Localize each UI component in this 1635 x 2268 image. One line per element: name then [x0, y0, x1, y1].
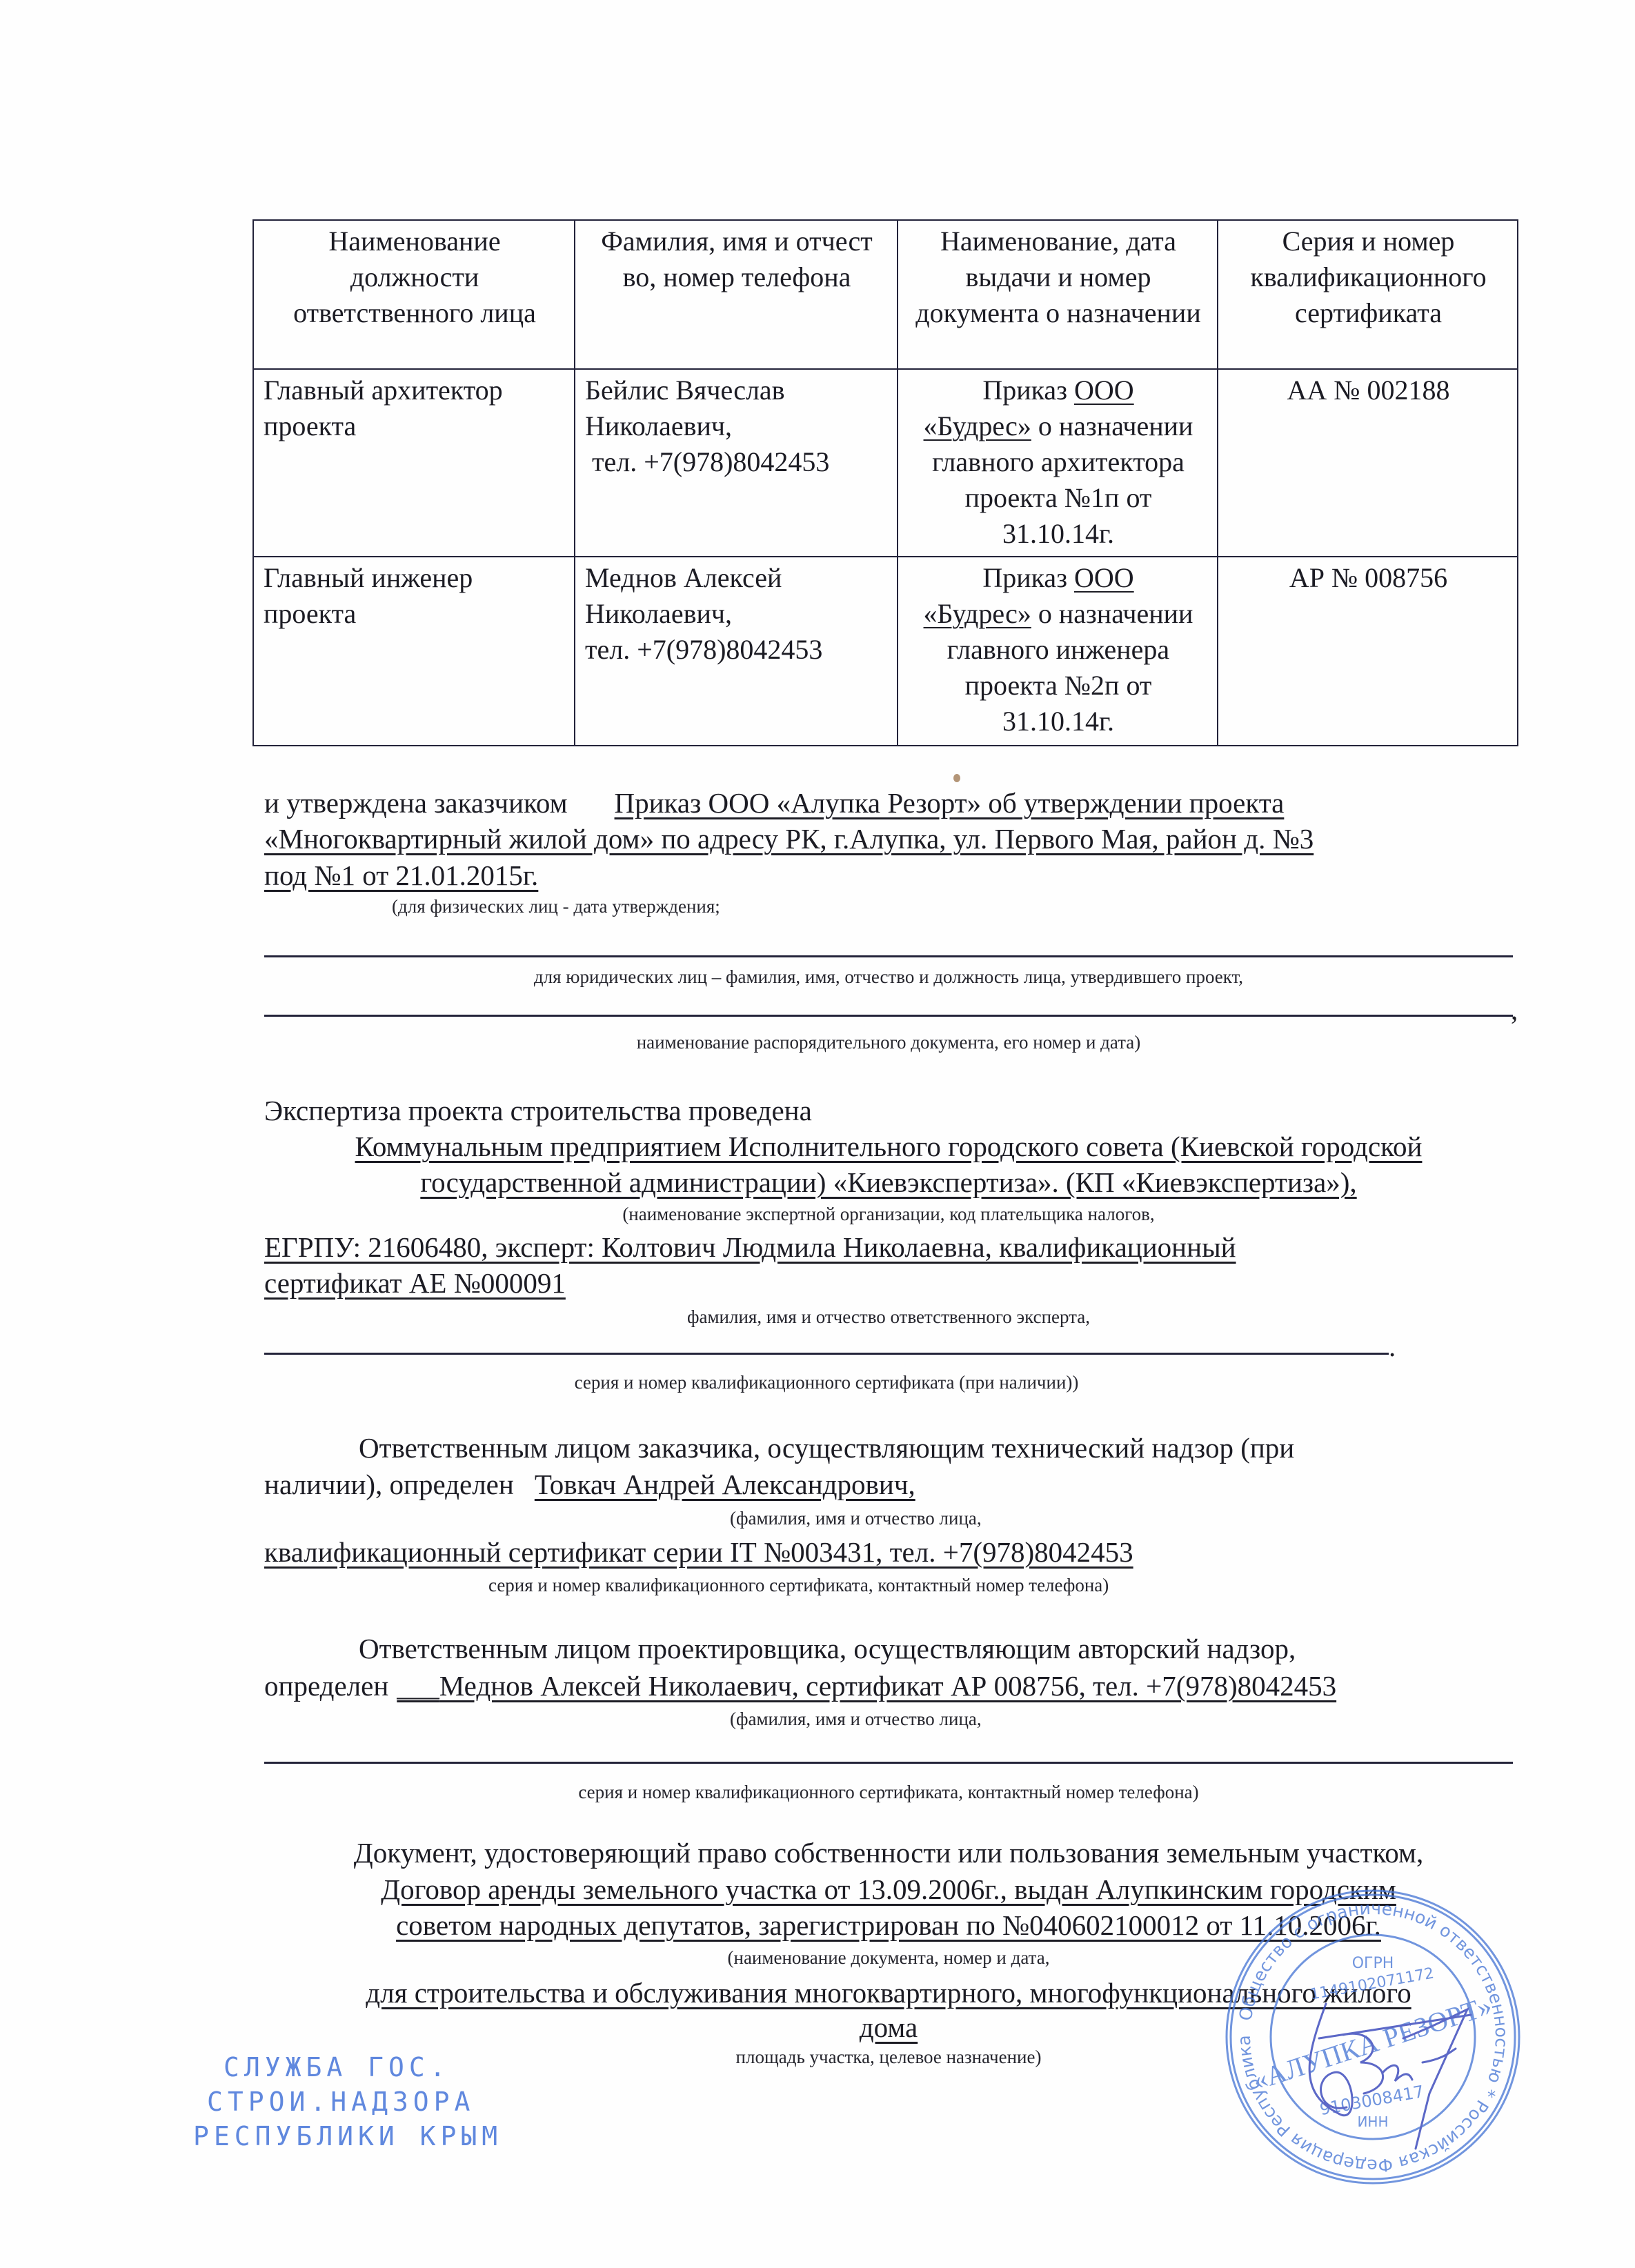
cell-certificate: АР № 008756 [1218, 557, 1518, 746]
cell-position: Главный инженер проекта [253, 557, 575, 746]
table-header-row: Наименование должности ответственного ли… [253, 220, 1518, 369]
cell-position: Главный архитектор проекта [253, 369, 575, 557]
approval-value: Приказ ООО «Алупка Резорт» об утверждени… [615, 787, 1285, 819]
seal-ogrn-label: ОГРН [1352, 1955, 1394, 1972]
blank-line [264, 955, 1513, 957]
approval-caption-document: наименование распорядительного документа… [264, 1031, 1513, 1053]
land-line-1: Документ, удостоверяющий право собственн… [264, 1835, 1513, 1871]
table-row: Главный инженер проекта Меднов Алексей Н… [253, 557, 1518, 746]
period: . [1389, 1329, 1396, 1364]
cell-certificate: АА № 002188 [1218, 369, 1518, 557]
cell-name-phone: Бейлис Вячеслав Николаевич, тел. +7(978)… [575, 369, 898, 557]
expertise-caption-org: (наименование экспертной организации, ко… [264, 1203, 1513, 1225]
author-supervision-prefix: определен [264, 1670, 388, 1702]
doc-prefix: Приказ [982, 375, 1074, 406]
company-seal: Общество с ограниченной ответственностью… [1222, 1887, 1523, 2187]
person-name: Бейлис Вячеслав Николаевич, [585, 372, 889, 444]
customer-supervision-caption-name: (фамилия, имя и отчество лица, [730, 1507, 982, 1529]
document-page: Наименование должности ответственного ли… [0, 0, 1635, 2268]
expertise-label: Экспертиза проекта строительства проведе… [264, 1093, 812, 1128]
expertise-org-text: государственной администрации) «Киевэксп… [420, 1166, 1356, 1198]
header-name-phone: Фамилия, имя и отчест во, номер телефона [575, 220, 898, 369]
person-phone: тел. +7(978)8042453 [585, 444, 889, 480]
cell-appointment-document: Приказ ООО«Будрес» о назначении главного… [898, 557, 1218, 746]
person-phone: тел. +7(978)8042453 [585, 632, 889, 668]
author-supervision-caption-name: (фамилия, имя и отчество лица, [730, 1708, 982, 1730]
header-certificate: Серия и номер квалификационного сертифик… [1218, 220, 1518, 369]
person-name: Меднов Алексей Николаевич, [585, 560, 889, 632]
blank-line [264, 1762, 1513, 1764]
author-supervision-person: Меднов Алексей Николаевич, сертификат АР… [439, 1670, 1336, 1702]
doc-prefix: Приказ [982, 562, 1074, 593]
cell-appointment-document: Приказ ООО«Будрес» о назначении главного… [898, 369, 1218, 557]
header-appointment-document: Наименование, дата выдачи и номер докуме… [898, 220, 1218, 369]
approval-label: и утверждена заказчиком [264, 787, 568, 819]
doc-org-name: «Будрес» [924, 410, 1031, 441]
author-supervision-line-1: Ответственным лицом проектировщика, осущ… [359, 1631, 1296, 1667]
customer-supervision-line-2: наличии), определенТовкач Андрей Алексан… [264, 1466, 915, 1502]
approval-line-2: «Многоквартирный жилой дом» по адресу РК… [264, 821, 1314, 857]
stamp-line: РЕСПУБЛИКИ КРЫМ [193, 2119, 442, 2153]
approval-line-3: под №1 от 21.01.2015г. [264, 857, 538, 893]
author-supervision-line-2: определен___Меднов Алексей Николаевич, с… [264, 1668, 1336, 1704]
seal-inn-label: ИНН [1357, 2113, 1388, 2130]
expertise-org-text: Коммунальным предприятием Исполнительног… [355, 1131, 1423, 1162]
expertise-expert-line-1: ЕГРПУ: 21606480, эксперт: Колтович Людми… [264, 1229, 1236, 1265]
customer-supervision-prefix: наличии), определен [264, 1469, 514, 1500]
expertise-org-line-2: государственной администрации) «Киевэксп… [264, 1164, 1513, 1200]
responsible-persons-table: Наименование должности ответственного ли… [252, 219, 1518, 746]
approval-line-1: и утверждена заказчикомПриказ ООО «Алупк… [264, 785, 1284, 821]
paper-speck [953, 774, 960, 782]
blank-line [264, 1015, 1513, 1017]
expertise-caption-expert: фамилия, имя и отчество ответственного э… [264, 1306, 1513, 1328]
table-row: Главный архитектор проекта Бейлис Вячесл… [253, 369, 1518, 557]
land-purpose-text: дома [860, 2011, 918, 2043]
expertise-expert-line-2: сертификат АЕ №000091 [264, 1265, 566, 1301]
inspection-stamp: СЛУЖБА ГОС. СТРОИ.НАДЗОРА РЕСПУБЛИКИ КРЫ… [193, 2050, 442, 2153]
doc-org-form: ООО [1074, 375, 1134, 406]
customer-supervision-certificate: квалификационный сертификат серии IТ №00… [264, 1534, 1133, 1570]
author-supervision-filler: ___ [397, 1670, 439, 1702]
approval-caption-legal: для юридических лиц – фамилия, имя, отче… [264, 966, 1513, 988]
stamp-line: СЛУЖБА ГОС. [193, 2050, 442, 2085]
stamp-line: СТРОИ.НАДЗОРА [193, 2085, 442, 2119]
doc-org-form: ООО [1074, 562, 1134, 593]
header-position: Наименование должности ответственного ли… [253, 220, 575, 369]
cell-name-phone: Меднов Алексей Николаевич, тел. +7(978)8… [575, 557, 898, 746]
expertise-org-line-1: Коммунальным предприятием Исполнительног… [264, 1128, 1513, 1164]
approval-caption-individuals: (для физических лиц - дата утверждения; [392, 895, 720, 917]
comma: , [1511, 992, 1518, 1028]
customer-supervision-line-1: Ответственным лицом заказчика, осуществл… [359, 1430, 1294, 1466]
customer-supervision-person: Товкач Андрей Александрович, [535, 1469, 915, 1500]
expertise-caption-certificate: серия и номер квалификационного сертифик… [264, 1371, 1389, 1393]
author-supervision-caption-certificate: серия и номер квалификационного сертифик… [264, 1781, 1513, 1803]
doc-org-name: «Будрес» [924, 598, 1031, 629]
customer-supervision-caption-certificate: серия и номер квалификационного сертифик… [488, 1574, 1109, 1596]
blank-line [264, 1353, 1389, 1355]
